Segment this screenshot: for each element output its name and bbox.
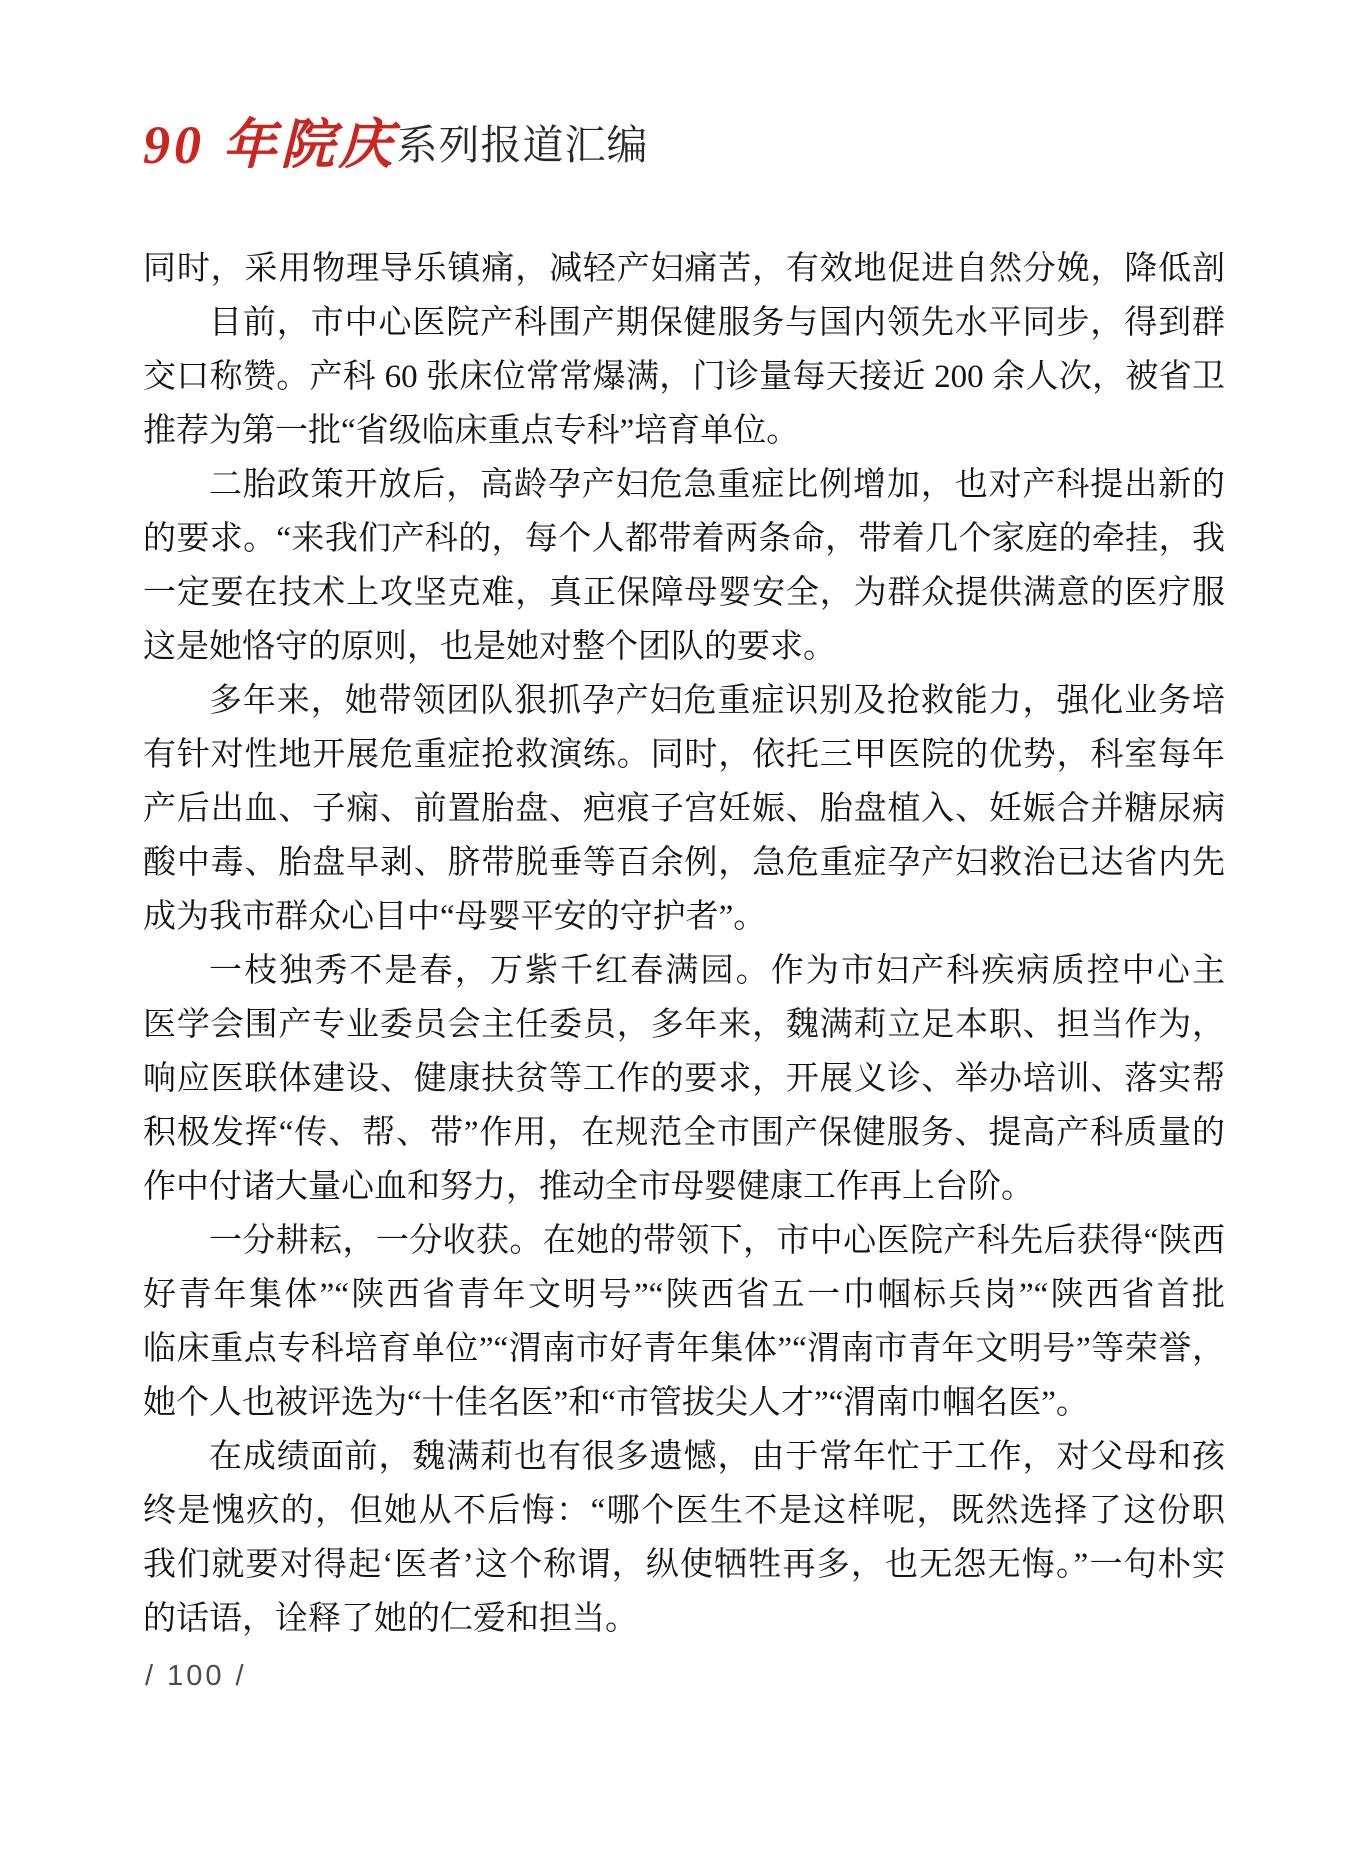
text-line: 成为我市群众心目中“母婴平安的守护者”。 — [143, 890, 1225, 944]
header-title-red: 90 年院庆 — [143, 115, 397, 175]
text-line: 推荐为第一批“省级临床重点专科”培育单位。 — [143, 404, 1225, 458]
text-line: 的话语，诠释了她的仁爱和担当。 — [143, 1592, 1225, 1646]
document-page: 90 年院庆系列报道汇编 同时，采用物理导乐镇痛，减轻产妇痛苦，有效地促进自然分… — [0, 0, 1362, 1858]
text-line: 目前，市中心医院产科围产期保健服务与国内领先水平同步，得到群众的 — [143, 296, 1225, 350]
text-line: 医学会围产专业委员会主任委员，多年来，魏满莉立足本职、担当作为，积极 — [143, 998, 1225, 1052]
text-line: 有针对性地开展危重症抢救演练。同时，依托三甲医院的优势，科室每年救治 — [143, 728, 1225, 782]
text-line: 产后出血、子痫、前置胎盘、疤痕子宫妊娠、胎盘植入、妊娠合并糖尿病酮症 — [143, 782, 1225, 836]
text-line: 这是她恪守的原则，也是她对整个团队的要求。 — [143, 620, 1225, 674]
text-line: 积极发挥“传、帮、带”作用，在规范全市围产保健服务、提高产科质量的工 — [143, 1106, 1225, 1160]
text-line: 临床重点专科培育单位”“渭南市好青年集体”“渭南市青年文明号”等荣誉， — [143, 1322, 1225, 1376]
page-header: 90 年院庆系列报道汇编 — [143, 118, 649, 172]
text-line: 二胎政策开放后，高龄孕产妇危急重症比例增加，也对产科提出新的更高 — [143, 458, 1225, 512]
text-line: 的要求。“来我们产科的，每个人都带着两条命，带着几个家庭的牵挂，我们 — [143, 512, 1225, 566]
body-text: 同时，采用物理导乐镇痛，减轻产妇痛苦，有效地促进自然分娩，降低剖宫产率。目前，市… — [143, 242, 1225, 1646]
text-line: 交口称赞。产科 60 张床位常常爆满，门诊量每天接近 200 余人次，被省卫健委 — [143, 350, 1225, 404]
text-line: 一定要在技术上攻坚克难，真正保障母婴安全，为群众提供满意的医疗服务。” — [143, 566, 1225, 620]
text-line: 一分耕耘，一分收获。在她的带领下，市中心医院产科先后获得“陕西省 — [143, 1214, 1225, 1268]
text-line: 我们就要对得起‘医者’这个称谓，纵使牺牲再多，也无怨无悔。”一句朴实 — [143, 1538, 1225, 1592]
text-line: 一枝独秀不是春，万紫千红春满园。作为市妇产科疾病质控中心主任、市 — [143, 944, 1225, 998]
text-line: 终是愧疚的，但她从不后悔：“哪个医生不是这样呢，既然选择了这份职业， — [143, 1484, 1225, 1538]
text-line: 好青年集体”“陕西省青年文明号”“陕西省五一巾帼标兵岗”“陕西省首批 — [143, 1268, 1225, 1322]
text-line: 同时，采用物理导乐镇痛，减轻产妇痛苦，有效地促进自然分娩，降低剖宫产率。 — [143, 242, 1225, 296]
text-line: 她个人也被评选为“十佳名医”和“市管拔尖人才”“渭南巾帼名医”。 — [143, 1376, 1225, 1430]
text-line: 响应医联体建设、健康扶贫等工作的要求，开展义诊、举办培训、落实帮扶， — [143, 1052, 1225, 1106]
page-number: / 100 / — [145, 1660, 247, 1693]
text-line: 在成绩面前，魏满莉也有很多遗憾，由于常年忙于工作，对父母和孩子始 — [143, 1430, 1225, 1484]
text-line: 作中付诸大量心血和努力，推动全市母婴健康工作再上台阶。 — [143, 1160, 1225, 1214]
text-line: 酸中毒、胎盘早剥、脐带脱垂等百余例，急危重症孕产妇救治已达省内先进水平， — [143, 836, 1225, 890]
header-title-black: 系列报道汇编 — [397, 122, 649, 168]
text-line: 多年来，她带领团队狠抓孕产妇危重症识别及抢救能力，强化业务培训， — [143, 674, 1225, 728]
